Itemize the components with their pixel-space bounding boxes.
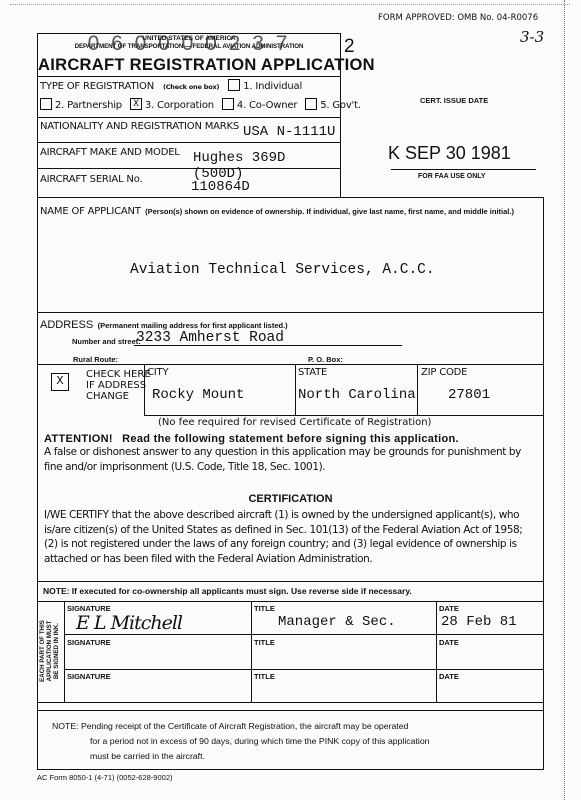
divider-pending-note — [38, 702, 543, 703]
sign-in-ink-line3: BE SIGNED IN INK. — [53, 601, 60, 701]
option-individual-label: 1. Individual — [243, 81, 302, 92]
pending-note-line2: for a period not in excess of 90 days, d… — [90, 734, 429, 749]
state-value[interactable]: North Carolina — [298, 387, 416, 403]
main-form-box: NAME OF APPLICANT (Person(s) shown on ev… — [37, 197, 544, 711]
checkbox-corporation[interactable]: X — [130, 98, 142, 110]
nationality-value[interactable]: USA N-1111U — [243, 124, 335, 140]
signature-label-2: SIGNATURE — [67, 638, 111, 647]
applicant-title: NAME OF APPLICANT — [40, 206, 141, 217]
pending-note-box: NOTE: Pending receipt of the Certificate… — [37, 710, 544, 770]
checkbox-partnership[interactable] — [40, 98, 52, 110]
faa-use-divider — [391, 169, 536, 170]
street-label: Number and street: — [72, 337, 141, 346]
title-label-1: TITLE — [254, 604, 275, 613]
document-number-stamp: 0 6 0 0 0 0 2 3 7 — [38, 32, 340, 56]
document-number-suffix: 2 — [344, 36, 355, 58]
option-corporation-label: 3. Corporation — [145, 100, 214, 111]
po-box-label[interactable]: P. O. Box: — [308, 355, 343, 364]
address-hint: (Permanent mailing address for first app… — [98, 321, 288, 330]
attention-heading-line: ATTENTION! Read the following statement … — [44, 433, 538, 445]
nationality-label: NATIONALITY AND REGISTRATION MARKS — [40, 121, 239, 132]
divider-sig-side — [64, 601, 65, 702]
scan-edge-right — [564, 0, 565, 800]
option-individual[interactable]: 1. Individual — [228, 81, 302, 92]
divider-city-left — [144, 364, 145, 416]
cert-issue-date-stamp: K SEP 30 1981 — [388, 143, 511, 164]
form-approved-omb: FORM APPROVED: OMB No. 04-R0076 — [378, 13, 538, 23]
city-value[interactable]: Rocky Mount — [152, 387, 244, 403]
serial-value[interactable]: 110864D — [191, 179, 250, 195]
attention-heading: ATTENTION! — [44, 433, 113, 445]
title-label-3: TITLE — [254, 672, 275, 681]
nationality-box: NATIONALITY AND REGISTRATION MARKS USA N… — [37, 117, 341, 143]
date-value-1[interactable]: 28 Feb 81 — [441, 614, 517, 630]
address-change-line1: CHECK HERE — [86, 369, 151, 380]
rural-route-label[interactable]: Rural Route: — [73, 355, 118, 364]
applicant-hint: (Person(s) shown on evidence of ownershi… — [145, 207, 514, 216]
sign-in-ink-line1: EACH PART OF THIS — [39, 601, 46, 701]
divider-date-left — [436, 601, 437, 702]
applicant-label: NAME OF APPLICANT (Person(s) shown on ev… — [40, 201, 540, 219]
form-footer: AC Form 8050-1 (4-71) (0052-628-9002) — [37, 773, 172, 782]
certification-body: I/WE CERTIFY that the above described ai… — [44, 508, 538, 566]
for-faa-use-only: FOR FAA USE ONLY — [418, 173, 486, 180]
divider-address — [38, 312, 543, 313]
divider-sig-row2 — [64, 669, 543, 670]
date-label-3: DATE — [439, 672, 459, 681]
state-label: STATE — [298, 367, 327, 378]
option-co-owner[interactable]: 4. Co-Owner — [222, 100, 297, 111]
signature-1[interactable]: E L Mitchell — [76, 612, 182, 634]
pending-note-prefix: NOTE: — [52, 721, 79, 731]
pending-note-line3: must be carried in the aircraft. — [90, 749, 205, 764]
form-title: AIRCRAFT REGISTRATION APPLICATION — [38, 56, 340, 75]
option-govt[interactable]: 5. Gov't. — [305, 100, 361, 111]
street-value[interactable]: 3233 Amherst Road — [136, 330, 284, 346]
option-govt-label: 5. Gov't. — [320, 100, 361, 111]
divider-zip-left — [417, 364, 418, 416]
address-change-checkbox[interactable]: X — [51, 373, 69, 391]
cert-issue-date-label: CERT. ISSUE DATE — [420, 96, 488, 105]
make-model-label: AIRCRAFT MAKE AND MODEL — [40, 147, 180, 158]
option-partnership-label: 2. Partnership — [55, 100, 122, 111]
checkbox-co-owner[interactable] — [222, 98, 234, 110]
scan-edge-top — [10, 4, 570, 5]
title-label-2: TITLE — [254, 638, 275, 647]
coownership-note: NOTE: If executed for co-ownership all a… — [43, 586, 412, 596]
address-change-line2: IF ADDRESS — [86, 380, 151, 391]
zip-label: ZIP CODE — [421, 367, 467, 378]
make-model-box: AIRCRAFT MAKE AND MODEL Hughes 369D (500… — [37, 142, 341, 169]
registration-type-box: TYPE OF REGISTRATION (Check one box) 1. … — [37, 76, 341, 118]
signature-label-3: SIGNATURE — [67, 672, 111, 681]
title-value-1[interactable]: Manager & Sec. — [278, 614, 396, 630]
address-title: ADDRESS — [40, 319, 93, 331]
serial-box: AIRCRAFT SERIAL No. 110864D — [37, 168, 341, 198]
registration-type-hint: (Check one box) — [163, 83, 219, 91]
option-corporation[interactable]: X3. Corporation — [130, 100, 214, 111]
address-change-label: CHECK HERE IF ADDRESS CHANGE — [86, 369, 151, 402]
pending-note: NOTE: Pending receipt of the Certificate… — [52, 719, 408, 734]
serial-label: AIRCRAFT SERIAL No. — [40, 174, 142, 185]
attention-body: A false or dishonest answer to any quest… — [44, 445, 538, 474]
pending-note-line1: Pending receipt of the Certificate of Ai… — [81, 721, 408, 731]
sign-in-ink-line2: APPLICATION MUST — [46, 601, 53, 701]
registration-type-title: TYPE OF REGISTRATION — [40, 81, 154, 92]
registration-type-label: TYPE OF REGISTRATION (Check one box) 1. … — [40, 80, 302, 92]
attention-block: ATTENTION! Read the following statement … — [44, 433, 538, 474]
checkbox-govt[interactable] — [305, 98, 317, 110]
divider-note — [38, 581, 543, 582]
attention-lead: Read the following statement before sign… — [122, 433, 459, 445]
divider-state-left — [295, 364, 296, 416]
divider-city-bottom — [144, 415, 543, 416]
date-label-1: DATE — [439, 604, 459, 613]
applicant-name[interactable]: Aviation Technical Services, A.C.C. — [130, 262, 435, 278]
option-partnership[interactable]: 2. Partnership — [40, 100, 122, 111]
title-box: UNITED STATES OF AMERICA DEPARTMENT OF T… — [37, 33, 341, 77]
divider-signatures — [38, 601, 543, 602]
address-change-line3: CHANGE — [86, 391, 151, 402]
divider-sig-row1 — [64, 634, 543, 635]
registration-type-row2: 2. Partnership X3. Corporation 4. Co-Own… — [40, 99, 361, 111]
option-co-owner-label: 4. Co-Owner — [237, 100, 297, 111]
checkbox-individual[interactable] — [228, 79, 240, 91]
divider-city-row — [38, 364, 543, 365]
no-fee-note: (No fee required for revised Certificate… — [158, 417, 431, 428]
sign-in-ink-label: EACH PART OF THIS APPLICATION MUST BE SI… — [39, 601, 60, 701]
zip-value[interactable]: 27801 — [448, 387, 490, 403]
handwritten-reference: 3-3 — [520, 28, 544, 46]
city-label: CITY — [147, 367, 168, 378]
divider-title-left — [251, 601, 252, 702]
date-label-2: DATE — [439, 638, 459, 647]
certification-heading: CERTIFICATION — [38, 493, 543, 505]
